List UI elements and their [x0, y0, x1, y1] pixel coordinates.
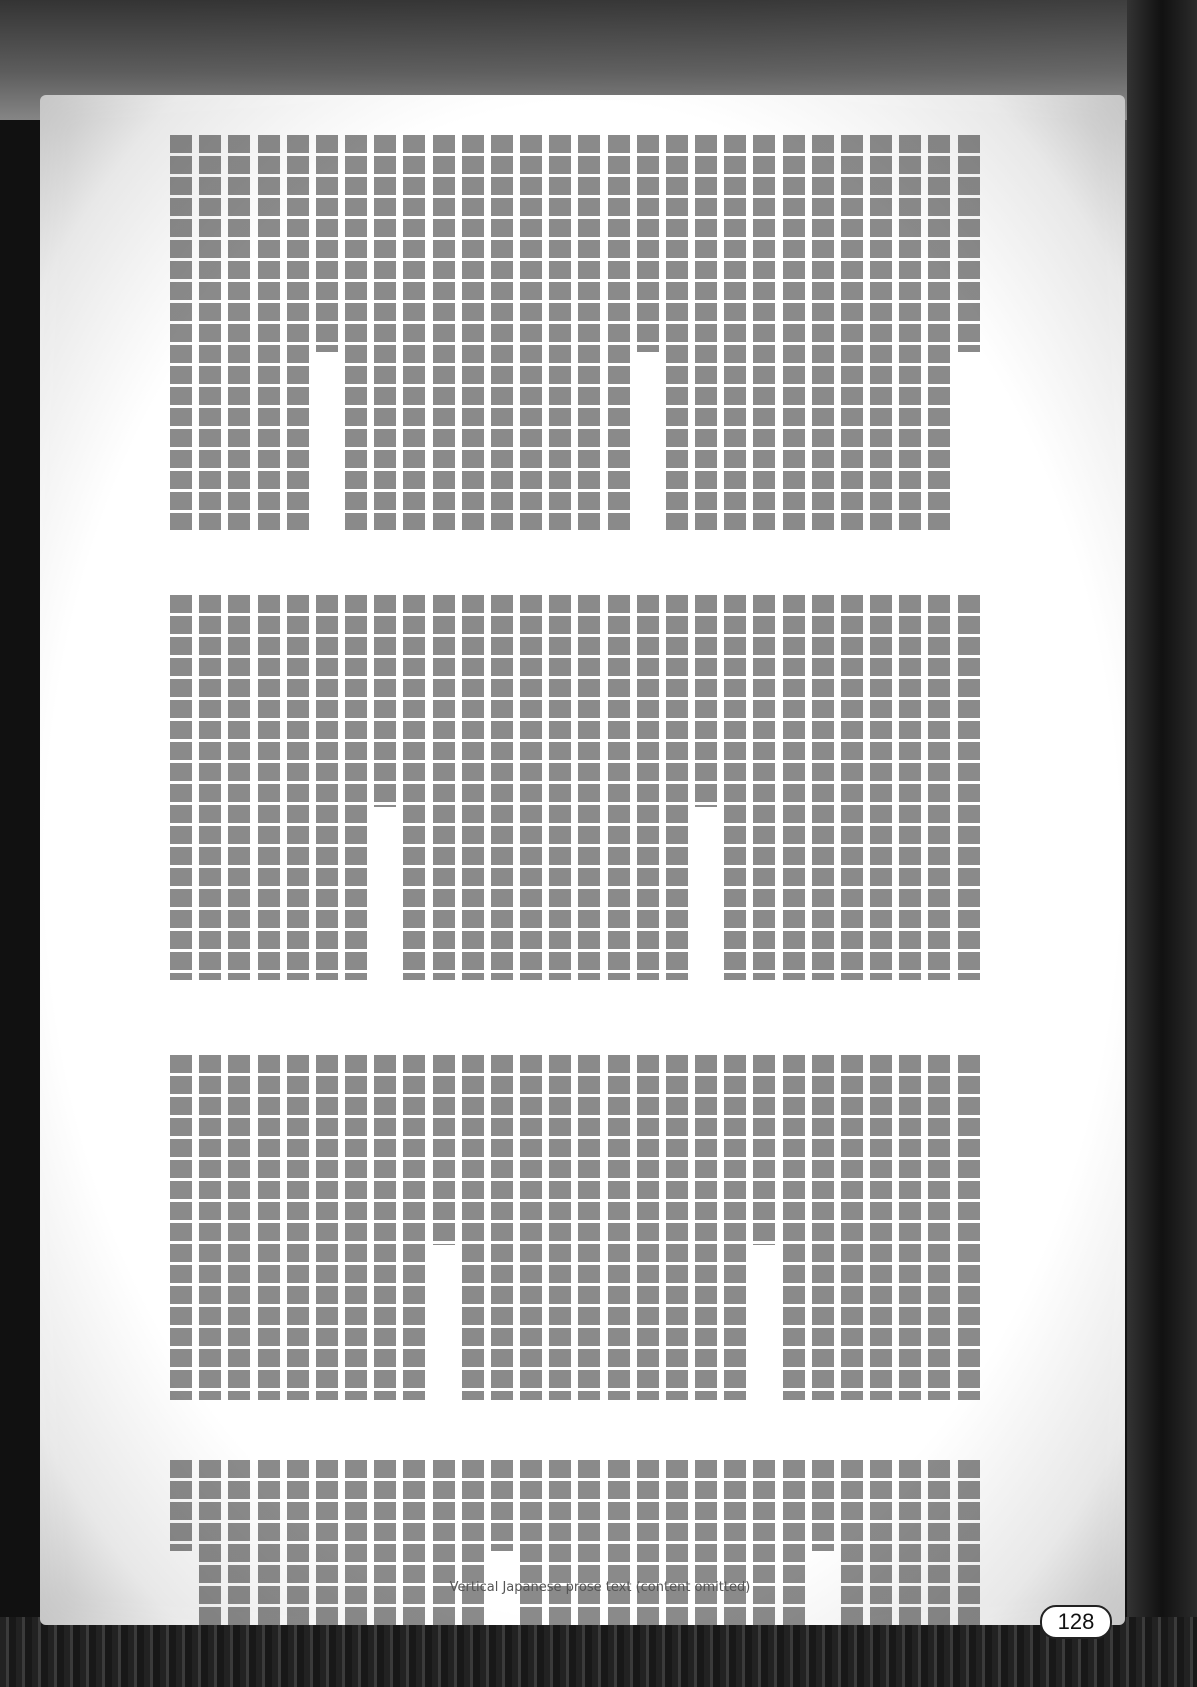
text-column	[287, 1460, 309, 1625]
text-column	[170, 1055, 192, 1400]
text-column	[870, 135, 892, 530]
text-column	[199, 1460, 221, 1625]
text-column	[608, 595, 630, 980]
text-column	[637, 1460, 659, 1625]
text-column	[753, 1055, 775, 1245]
text-column	[812, 595, 834, 980]
text-column	[666, 595, 688, 980]
text-column	[841, 1055, 863, 1400]
text-tier-3	[170, 1055, 980, 1400]
text-column	[958, 595, 980, 980]
text-column	[928, 1460, 950, 1625]
text-column	[870, 1460, 892, 1625]
text-column	[783, 135, 805, 530]
text-column	[899, 1055, 921, 1400]
text-column	[374, 1055, 396, 1400]
text-column	[520, 1460, 542, 1625]
frame-bottom-border	[0, 1617, 1197, 1687]
text-column	[403, 1055, 425, 1400]
text-column	[258, 1055, 280, 1400]
text-column	[228, 1055, 250, 1400]
text-column	[316, 1460, 338, 1625]
text-column	[695, 595, 717, 807]
text-column	[462, 135, 484, 530]
text-column	[258, 595, 280, 980]
text-column	[870, 595, 892, 980]
text-column	[899, 135, 921, 530]
text-column	[812, 135, 834, 530]
text-column	[608, 135, 630, 530]
text-column	[958, 1055, 980, 1400]
text-column	[724, 1460, 746, 1625]
text-column	[345, 135, 367, 530]
text-column	[928, 595, 950, 980]
text-column	[753, 135, 775, 530]
text-column	[287, 1055, 309, 1400]
text-column	[316, 595, 338, 980]
text-column	[549, 135, 571, 530]
content-omitted-note: Vertical Japanese prose text (content om…	[320, 1580, 880, 1595]
text-column	[287, 135, 309, 530]
text-column	[549, 595, 571, 980]
text-column	[695, 1055, 717, 1400]
text-column	[958, 135, 980, 352]
text-column	[928, 135, 950, 530]
text-tier-4	[170, 1460, 980, 1625]
text-column	[637, 595, 659, 980]
text-column	[841, 135, 863, 530]
text-column	[724, 595, 746, 980]
text-column	[666, 1055, 688, 1400]
text-column	[695, 1460, 717, 1625]
text-column	[812, 1055, 834, 1400]
text-column	[724, 1055, 746, 1400]
text-column	[228, 1460, 250, 1625]
text-column	[549, 1460, 571, 1625]
text-column	[724, 135, 746, 530]
text-tier-1	[170, 135, 980, 530]
text-column	[258, 1460, 280, 1625]
text-column	[374, 1460, 396, 1625]
text-column	[695, 135, 717, 530]
text-column	[287, 595, 309, 980]
text-column	[549, 1055, 571, 1400]
text-column	[578, 135, 600, 530]
text-column	[170, 595, 192, 980]
text-column	[812, 1460, 834, 1551]
text-column	[520, 595, 542, 980]
text-column	[433, 1055, 455, 1245]
text-column	[608, 1460, 630, 1625]
text-column	[841, 595, 863, 980]
text-column	[345, 1460, 367, 1625]
text-column	[928, 1055, 950, 1400]
text-column	[578, 595, 600, 980]
text-column	[316, 1055, 338, 1400]
text-column	[433, 135, 455, 530]
text-column	[462, 595, 484, 980]
text-column	[258, 135, 280, 530]
text-column	[637, 1055, 659, 1400]
text-column	[170, 1460, 192, 1551]
text-column	[899, 595, 921, 980]
text-column	[228, 135, 250, 530]
text-column	[753, 595, 775, 980]
text-column	[870, 1055, 892, 1400]
text-column	[578, 1460, 600, 1625]
text-column	[958, 1460, 980, 1625]
text-column	[491, 1460, 513, 1551]
text-column	[783, 595, 805, 980]
text-tier-2	[170, 595, 980, 980]
text-column	[608, 1055, 630, 1400]
text-column	[841, 1460, 863, 1625]
text-column	[520, 1055, 542, 1400]
frame-right-border	[1127, 0, 1197, 1687]
text-column	[491, 135, 513, 530]
text-column	[666, 1460, 688, 1625]
text-column	[433, 1460, 455, 1625]
text-column	[783, 1055, 805, 1400]
text-column	[491, 595, 513, 980]
text-column	[345, 1055, 367, 1400]
text-column	[403, 595, 425, 980]
text-column	[462, 1055, 484, 1400]
text-column	[666, 135, 688, 530]
text-column	[199, 1055, 221, 1400]
text-column	[578, 1055, 600, 1400]
text-page	[40, 95, 1125, 1625]
text-column	[433, 595, 455, 980]
text-column	[374, 135, 396, 530]
text-column	[199, 595, 221, 980]
text-column	[199, 135, 221, 530]
text-column	[491, 1055, 513, 1400]
text-column	[170, 135, 192, 530]
text-column	[637, 135, 659, 352]
text-column	[228, 595, 250, 980]
page-number: 128	[1040, 1605, 1112, 1639]
text-column	[403, 135, 425, 530]
text-column	[783, 1460, 805, 1625]
text-column	[462, 1460, 484, 1625]
text-column	[316, 135, 338, 352]
text-column	[403, 1460, 425, 1625]
text-column	[374, 595, 396, 807]
text-column	[520, 135, 542, 530]
text-column	[345, 595, 367, 980]
text-column	[753, 1460, 775, 1625]
text-column	[899, 1460, 921, 1625]
